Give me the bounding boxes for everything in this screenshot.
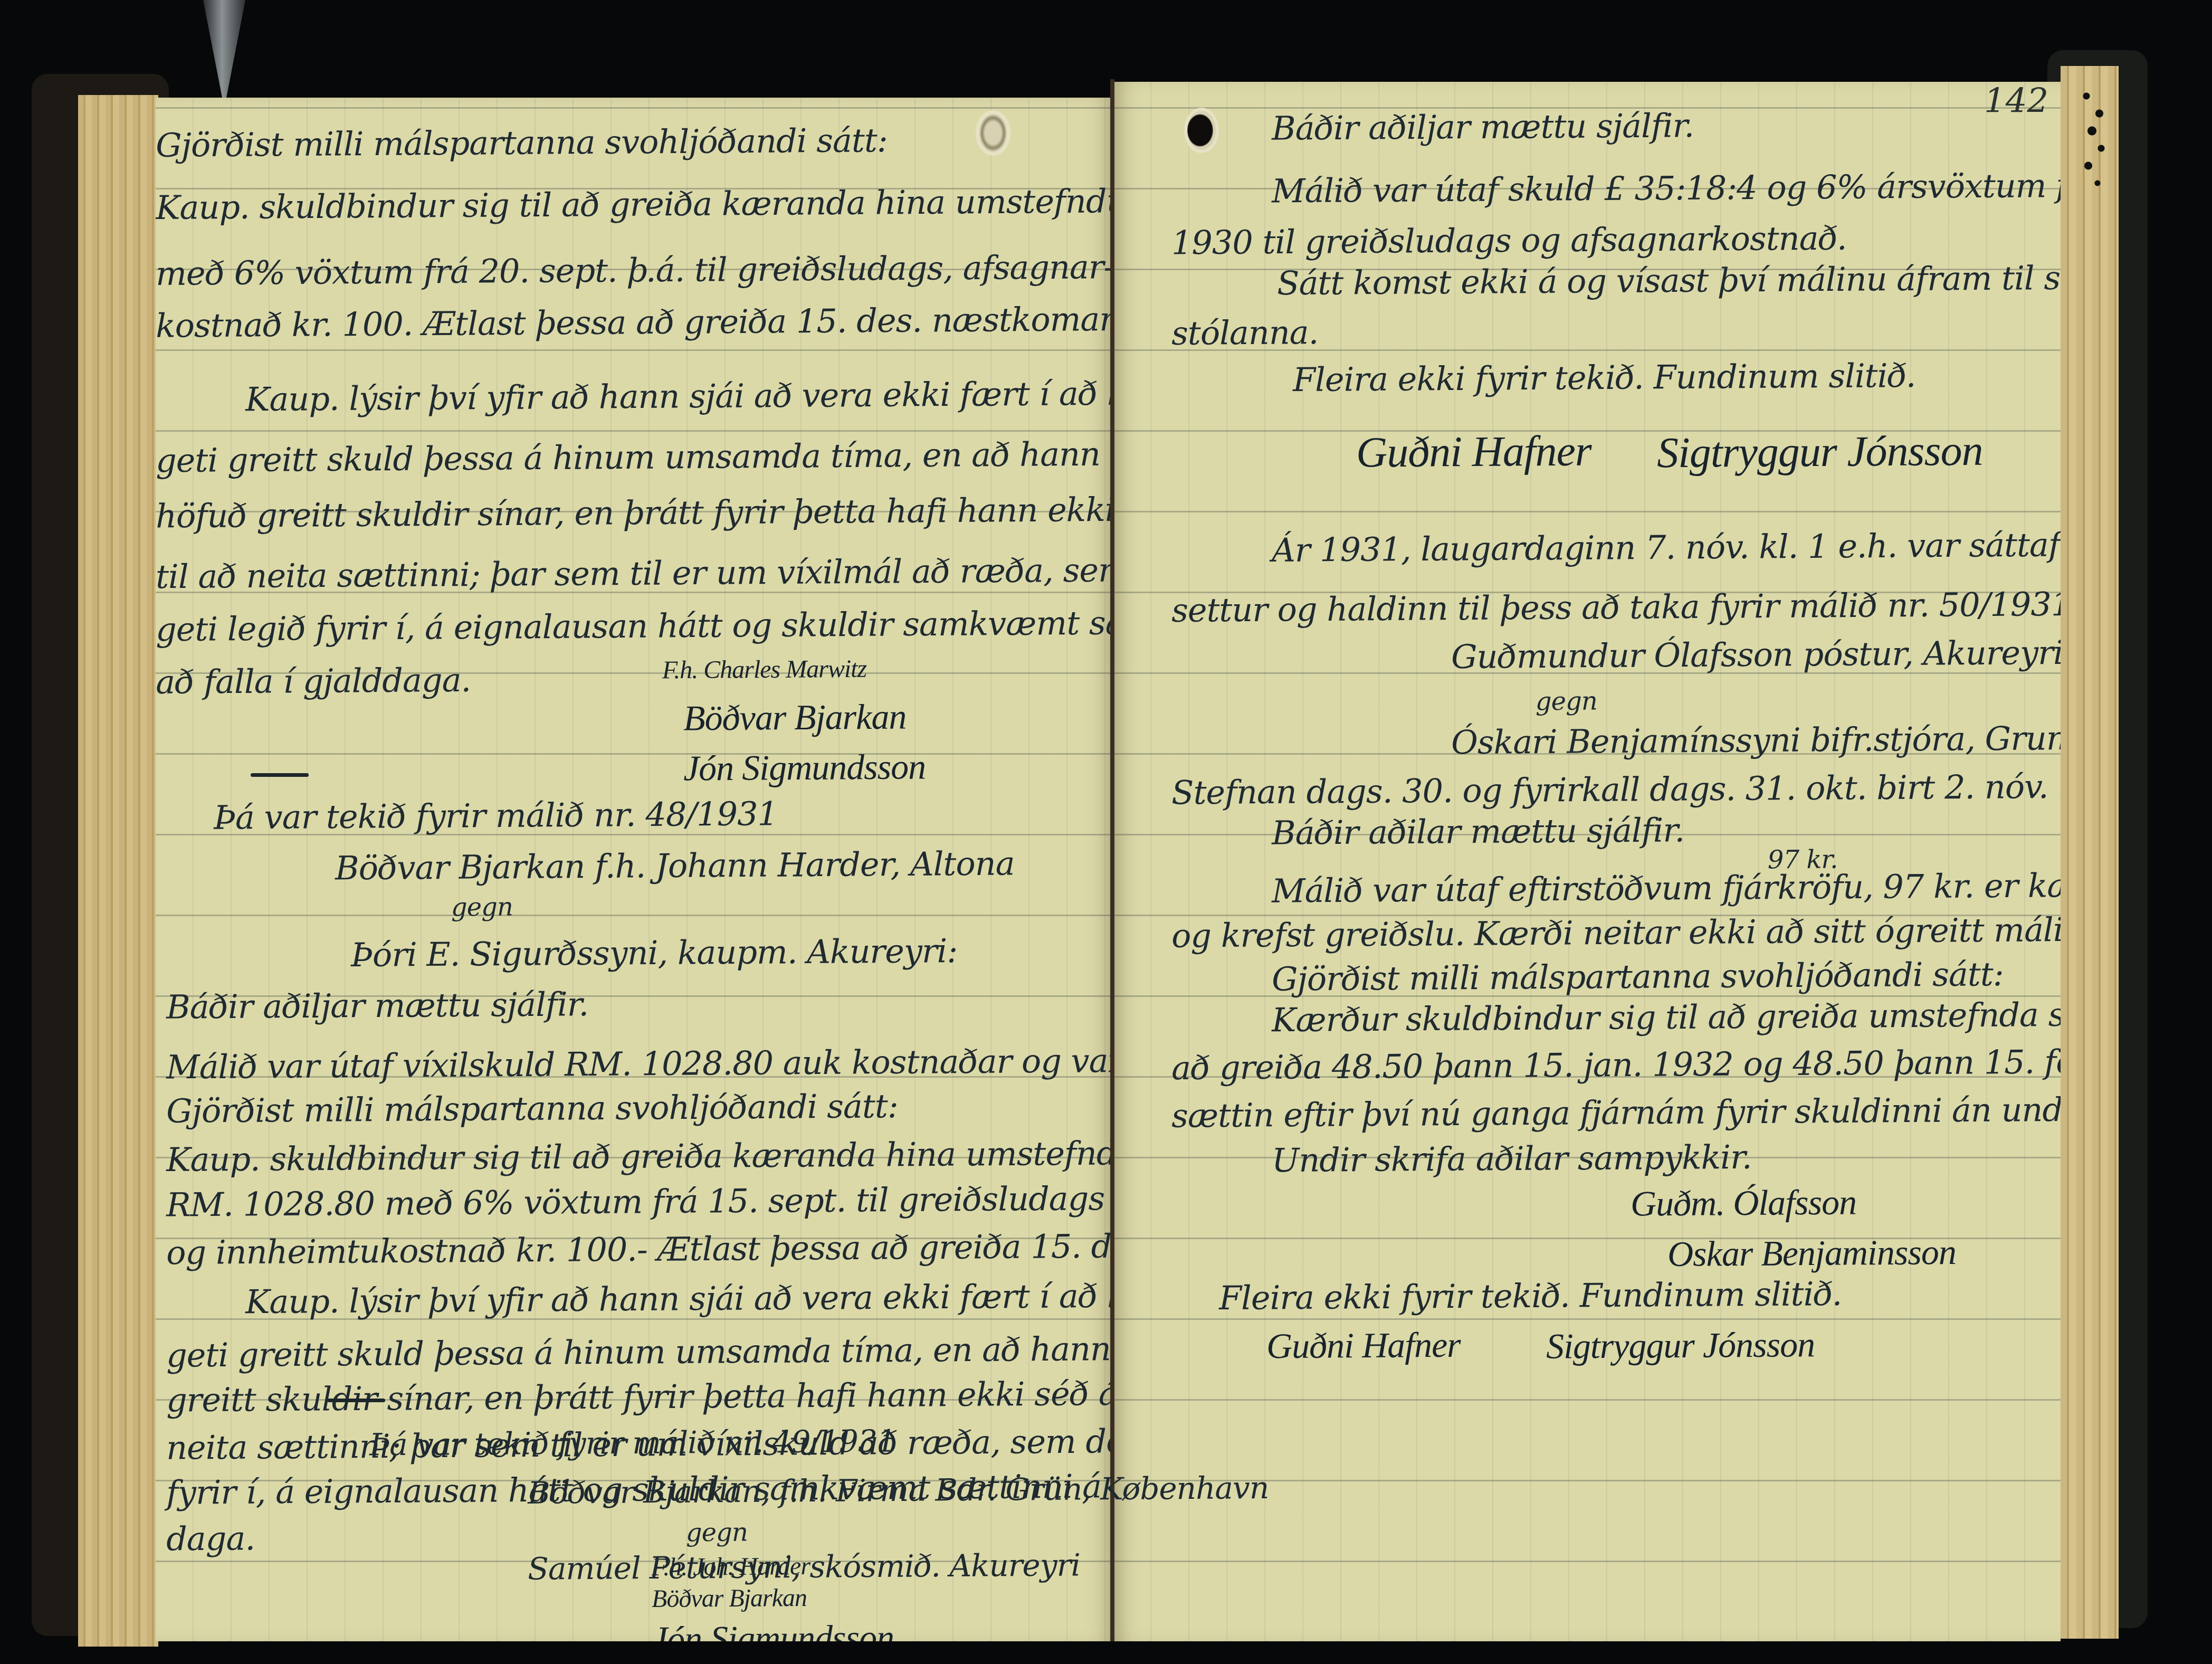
separator-dash: [251, 773, 309, 777]
text-line: til að neita sættinni; þar sem til er um…: [156, 553, 1113, 593]
book-gutter: [1110, 79, 1114, 1641]
session-line: Ár 1931, laugardaginn 7. nóv. kl. 1 e.h.…: [1272, 527, 2061, 567]
text-line: geti greitt skuld þessa á hinum umsamda …: [166, 1331, 1113, 1372]
separator-dash: [327, 1399, 385, 1402]
text-line: Undir skrifa aðilar sampykkir.: [1272, 1141, 1752, 1177]
right-page: 142 Báðir aðiljar mættu sjálfir. Málið v…: [1113, 82, 2061, 1641]
signature: Jón Sigmundsson: [683, 748, 926, 786]
text-line: Báðir aðiljar mættu sjálfir.: [1272, 109, 1694, 145]
signature: Sigtryggur Jónsson: [1657, 429, 1983, 474]
defendant: Þóri E. Sigurðssyni, kaupm. Akureyri:: [351, 935, 958, 972]
mold-stains: [2079, 84, 2116, 201]
left-page: Gjörðist milli málspartanna svohljóðandi…: [156, 98, 1113, 1641]
text-line: greitt skuldir sínar, en þrátt fyrir þet…: [166, 1376, 1113, 1416]
text-line: stólanna.: [1171, 316, 1319, 350]
session-line: settur og haldinn til þess að taka fyrir…: [1171, 588, 2061, 627]
page-edges-right: [2061, 66, 2119, 1639]
text-line: 1930 til greiðsludags og afsagnarkostnað…: [1171, 222, 1847, 260]
plaintiff: Böðvar Bjarkan, f.h. Firma Bdr. Grün, Kø…: [528, 1472, 1269, 1508]
text-line: með 6% vöxtum frá 20. sept. þ.á. til gre…: [156, 249, 1113, 290]
text-line: Kærður skuldbindur sig til að greiða ums…: [1272, 996, 2061, 1037]
signature: Oskar Benjaminsson: [1667, 1234, 1956, 1272]
closing-line: Fleira ekki fyrir tekið. Fundinum slitið…: [1219, 1278, 1842, 1315]
text-line: höfuð greitt skuldir sínar, en þrátt fyr…: [156, 492, 1113, 533]
plaintiff: Guðmundur Ólafsson póstur, Akureyri: [1451, 636, 2061, 673]
versus-label: gegn: [451, 895, 513, 920]
closing-line: Fleira ekki fyrir tekið. Fundinum slitið…: [1293, 359, 1916, 396]
text-line: Gjörðist milli málspartanna svohljóðandi…: [166, 1090, 898, 1128]
signature: Guðni Hafner: [1266, 1327, 1461, 1364]
text-line: geti legið fyrir í, á eignalausan hátt o…: [156, 606, 1113, 646]
text-line: Báðir aðilar mættu sjálfir.: [1272, 814, 1684, 849]
text-line: Sátt komst ekki á og vísast því málinu á…: [1277, 261, 2061, 300]
text-line: RM. 1028.80 með 6% vöxtum frá 15. sept. …: [166, 1181, 1113, 1221]
text-line: Málið var útaf víxilskuld RM. 1028.80 au…: [166, 1044, 1113, 1083]
signature: Guðm. Ólafsson: [1631, 1184, 1857, 1222]
signature: Guðni Hafner: [1356, 429, 1591, 474]
signature: Böðvar Bjarkan: [683, 699, 907, 736]
page-edges-left: [78, 95, 158, 1647]
text-line: Báðir aðiljar mættu sjálfir.: [166, 988, 589, 1024]
defendant: Samúel Pétursyni, skósmið. Akureyri: [528, 1549, 1080, 1584]
text-line: að greiða 48.50 þann 15. jan. 1932 og 48…: [1171, 1043, 2061, 1085]
text-line: Kaup. lýsir því yfir að hann sjái að ver…: [245, 377, 1113, 416]
text-line: Málið var útaf eftirstöðvum fjárkröfu, 9…: [1272, 867, 2061, 908]
versus-label: gegn: [686, 1520, 748, 1546]
text-line: Kaup. skuldbindur sig til að greiða kæra…: [166, 1136, 1113, 1176]
page-number: 142: [1984, 82, 2048, 121]
defendant: Óskari Benjamínssyni bifr.stjóra, Grunda…: [1451, 720, 2061, 759]
text-line: og krefst greiðslu. Kærði neitar ekki að…: [1171, 911, 2061, 953]
text-line: Málið var útaf skuld £ 35:18:4 og 6% árs…: [1272, 168, 2061, 208]
text-line: Gjörðist milli málspartanna svohljóðandi…: [1272, 958, 2004, 996]
text-line: Kaup. lýsir því yfir að hann sjái að ver…: [245, 1279, 1113, 1318]
text-line: að falla í gjalddaga.: [156, 664, 471, 699]
text-line: Gjörðist milli málspartanna svohljóðandi…: [156, 124, 888, 162]
signature: Sigtryggur Jónsson: [1546, 1326, 1815, 1364]
versus-label: gegn: [1536, 689, 1597, 715]
text-line: kostnað kr. 100. Ætlast þessa að greiða …: [156, 302, 1113, 342]
signature: F.h. Charles Marwitz: [662, 657, 867, 683]
punch-hole: [979, 113, 1007, 153]
text-line: sættin eftir því nú ganga fjárnám fyrir …: [1171, 1090, 2061, 1132]
text-line: og innheimtukostnað kr. 100.- Ætlast þes…: [166, 1228, 1113, 1269]
text-line: geti greitt skuld þessa á hinum umsamda …: [156, 437, 1113, 477]
case-heading: Þá var tekið fyrir málið nr. 49/1931: [369, 1426, 896, 1460]
case-heading: Þá var tekið fyrir málið nr. 48/1931: [214, 797, 778, 834]
letter-opener-bookmark: [203, 0, 245, 98]
plaintiff: Böðvar Bjarkan f.h. Johann Harder, Alton…: [335, 848, 1015, 885]
summons-line: Stefnan dags. 30. og fyrirkall dags. 31.…: [1171, 770, 2061, 810]
punch-hole: [1187, 111, 1216, 150]
text-line: Kaup. skuldbindur sig til að greiða kæra…: [156, 183, 1113, 224]
